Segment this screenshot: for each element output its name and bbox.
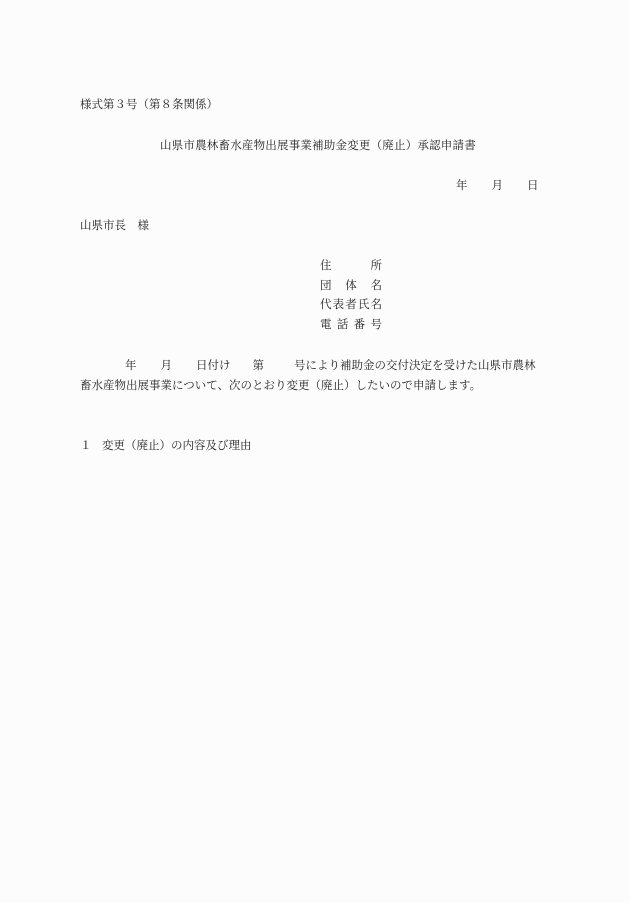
document-title: 山県市農林畜水産物出展事業補助金変更（廃止）承認申請書	[160, 137, 476, 153]
addressee: 山県市長 様	[80, 217, 149, 233]
section-heading: １変更（廃止）の内容及び理由	[80, 437, 252, 453]
ref-number-prefix: 第	[253, 357, 265, 373]
body-paragraph-line-2: 畜水産物出展事業について、次のとおり変更（廃止）したいので申請します。	[80, 377, 481, 393]
applicant-address-label: 住 所	[320, 257, 382, 273]
date-month-label: 月	[492, 177, 504, 193]
date-year-label: 年	[456, 177, 468, 193]
application-date: 年月日	[456, 177, 539, 193]
ref-month-label: 月	[161, 357, 173, 373]
ref-number-rest: 号により補助金の交付決定を受けた山県市農林	[294, 357, 536, 373]
body-paragraph-line-1: 年月日付け第号により補助金の交付決定を受けた山県市農林	[80, 357, 536, 373]
applicant-representative-label: 代 表 者 氏 名	[320, 296, 382, 312]
applicant-info-block: 住 所 団 体 名 代 表 者 氏 名 電 話 番 号	[320, 257, 382, 335]
section-number: １	[80, 437, 102, 453]
section-title: 変更（廃止）の内容及び理由	[102, 438, 252, 452]
applicant-organization-label: 団 体 名	[320, 277, 382, 293]
form-number: 様式第３号（第８条関係）	[80, 96, 218, 112]
applicant-phone-label: 電 話 番 号	[320, 316, 382, 332]
ref-day-label: 日付け	[196, 357, 231, 373]
date-day-label: 日	[527, 177, 539, 193]
ref-year-label: 年	[125, 357, 137, 373]
